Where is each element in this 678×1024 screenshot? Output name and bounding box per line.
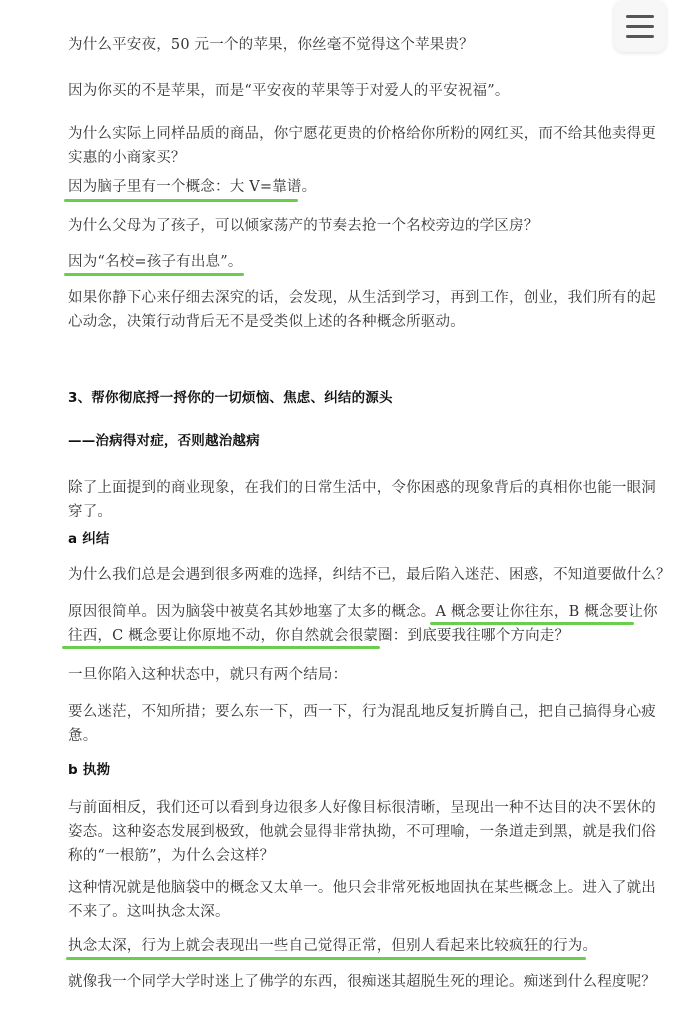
paragraph: 如果你静下心来仔细去深究的话，会发现，从生活到学习，再到工作，创业，我们所有的起… bbox=[68, 286, 640, 334]
section-subtitle: ——治病得对症，否则越治越病 bbox=[68, 429, 640, 453]
paragraph: 除了上面提到的商业现象，在我们的日常生活中，令你困惑的现象背后的真相你也能一眼洞… bbox=[68, 476, 640, 524]
highlight-underline bbox=[64, 199, 298, 202]
paragraph: 为什么父母为了孩子，可以倾家荡产的节奏去抢一个名校旁边的学区房？ bbox=[68, 214, 640, 238]
subsection-heading: a 纠结 bbox=[68, 527, 640, 551]
highlighted-paragraph: 因为脑子里有一个概念：大 V=靠谱。 bbox=[68, 175, 640, 199]
paragraph: 因为你买的不是苹果，而是“平安夜的苹果等于对爱人的平安祝福”。 bbox=[68, 79, 640, 103]
paragraph: 就像我一个同学大学时迷上了佛学的东西，很痴迷其超脱生死的理论。痴迷到什么程度呢？ bbox=[68, 970, 640, 994]
text-line: 不来了。这叫执念太深。 bbox=[68, 900, 640, 924]
subsection-heading: b 执拗 bbox=[68, 758, 640, 782]
highlight-underline bbox=[62, 646, 380, 649]
highlight-underline bbox=[64, 273, 244, 276]
highlighted-paragraph: 执念太深，行为上就会表现出一些自己觉得正常，但别人看起来比较疯狂的行为。 bbox=[68, 934, 640, 958]
section-heading: 3、帮你彻底捋一捋你的一切烦恼、焦虑、纠结的源头 bbox=[68, 386, 640, 410]
paragraph: 这种情况就是他脑袋中的概念又太单一。他只会非常死板地固执在某些概念上。进入了就出… bbox=[68, 876, 640, 924]
text-line: 与前面相反，我们还可以看到身边很多人好像目标很清晰，呈现出一种不达目的决不罢休的 bbox=[68, 796, 640, 820]
text-line: 为什么平安夜，50 元一个的苹果，你丝毫不觉得这个苹果贵？ bbox=[68, 33, 640, 57]
section-title: 3、帮你彻底捋一捋你的一切烦恼、焦虑、纠结的源头 bbox=[68, 386, 640, 410]
subsection-title: b 执拗 bbox=[68, 758, 640, 782]
text-line: 实惠的小商家买？ bbox=[68, 146, 640, 170]
text-line: 这种情况就是他脑袋中的概念又太单一。他只会非常死板地固执在某些概念上。进入了就出 bbox=[68, 876, 640, 900]
text-line: 为什么父母为了孩子，可以倾家荡产的节奏去抢一个名校旁边的学区房？ bbox=[68, 214, 640, 238]
highlight-underline bbox=[66, 957, 586, 960]
text-line: 因为“名校=孩子有出息”。 bbox=[68, 250, 640, 274]
highlight-underline bbox=[430, 622, 634, 625]
text-line: 往西，C 概念要让你原地不动，你自然就会很蒙圈：到底要我往哪个方向走？ bbox=[68, 624, 640, 648]
paragraph: 一旦你陷入这种状态中，就只有两个结局： bbox=[68, 663, 640, 687]
paragraph: 要么迷茫，不知所措；要么东一下，西一下，行为混乱地反复折腾自己，把自己搞得身心疲… bbox=[68, 700, 640, 748]
highlighted-paragraph: 原因很简单。因为脑袋中被莫名其妙地塞了太多的概念。A 概念要让你往东，B 概念要… bbox=[68, 600, 640, 648]
text-line: 如果你静下心来仔细去深究的话，会发现，从生活到学习，再到工作，创业，我们所有的起 bbox=[68, 286, 640, 310]
paragraph: 为什么实际上同样品质的商品，你宁愿花更贵的价格给你所粉的网红买，而不给其他卖得更… bbox=[68, 122, 640, 170]
subsection-title: a 纠结 bbox=[68, 527, 640, 551]
text-line: 原因很简单。因为脑袋中被莫名其妙地塞了太多的概念。A 概念要让你往东，B 概念要… bbox=[68, 600, 640, 624]
text-line: 惫。 bbox=[68, 724, 640, 748]
text-line: 为什么我们总是会遇到很多两难的选择，纠结不已，最后陷入迷茫、困惑，不知道要做什么… bbox=[68, 563, 640, 587]
text-line: 为什么实际上同样品质的商品，你宁愿花更贵的价格给你所粉的网红买，而不给其他卖得更 bbox=[68, 122, 640, 146]
text-line: 执念太深，行为上就会表现出一些自己觉得正常，但别人看起来比较疯狂的行为。 bbox=[68, 934, 640, 958]
text-line: 就像我一个同学大学时迷上了佛学的东西，很痴迷其超脱生死的理论。痴迷到什么程度呢？ bbox=[68, 970, 640, 994]
hamburger-menu-icon-bar bbox=[626, 15, 654, 18]
paragraph: 为什么平安夜，50 元一个的苹果，你丝毫不觉得这个苹果贵？ bbox=[68, 33, 640, 57]
text-line: 因为你买的不是苹果，而是“平安夜的苹果等于对爱人的平安祝福”。 bbox=[68, 79, 640, 103]
text-line: 心动念，决策行动背后无不是受类似上述的各种概念所驱动。 bbox=[68, 310, 640, 334]
hamburger-menu-icon-bar bbox=[626, 25, 654, 28]
text-line: 因为脑子里有一个概念：大 V=靠谱。 bbox=[68, 175, 640, 199]
paragraph: 为什么我们总是会遇到很多两难的选择，纠结不已，最后陷入迷茫、困惑，不知道要做什么… bbox=[68, 563, 640, 587]
section-subheading: ——治病得对症，否则越治越病 bbox=[68, 429, 640, 453]
text-line: 要么迷茫，不知所措；要么东一下，西一下，行为混乱地反复折腾自己，把自己搞得身心疲 bbox=[68, 700, 640, 724]
text-line: 称的“一根筋”，为什么会这样？ bbox=[68, 844, 640, 868]
paragraph: 与前面相反，我们还可以看到身边很多人好像目标很清晰，呈现出一种不达目的决不罢休的… bbox=[68, 796, 640, 868]
text-line: 姿态。这种姿态发展到极致，他就会显得非常执拗，不可理喻，一条道走到黑，就是我们俗 bbox=[68, 820, 640, 844]
text-line: 穿了。 bbox=[68, 500, 640, 524]
text-line: 除了上面提到的商业现象，在我们的日常生活中，令你困惑的现象背后的真相你也能一眼洞 bbox=[68, 476, 640, 500]
highlighted-paragraph: 因为“名校=孩子有出息”。 bbox=[68, 250, 640, 274]
text-line: 一旦你陷入这种状态中，就只有两个结局： bbox=[68, 663, 640, 687]
